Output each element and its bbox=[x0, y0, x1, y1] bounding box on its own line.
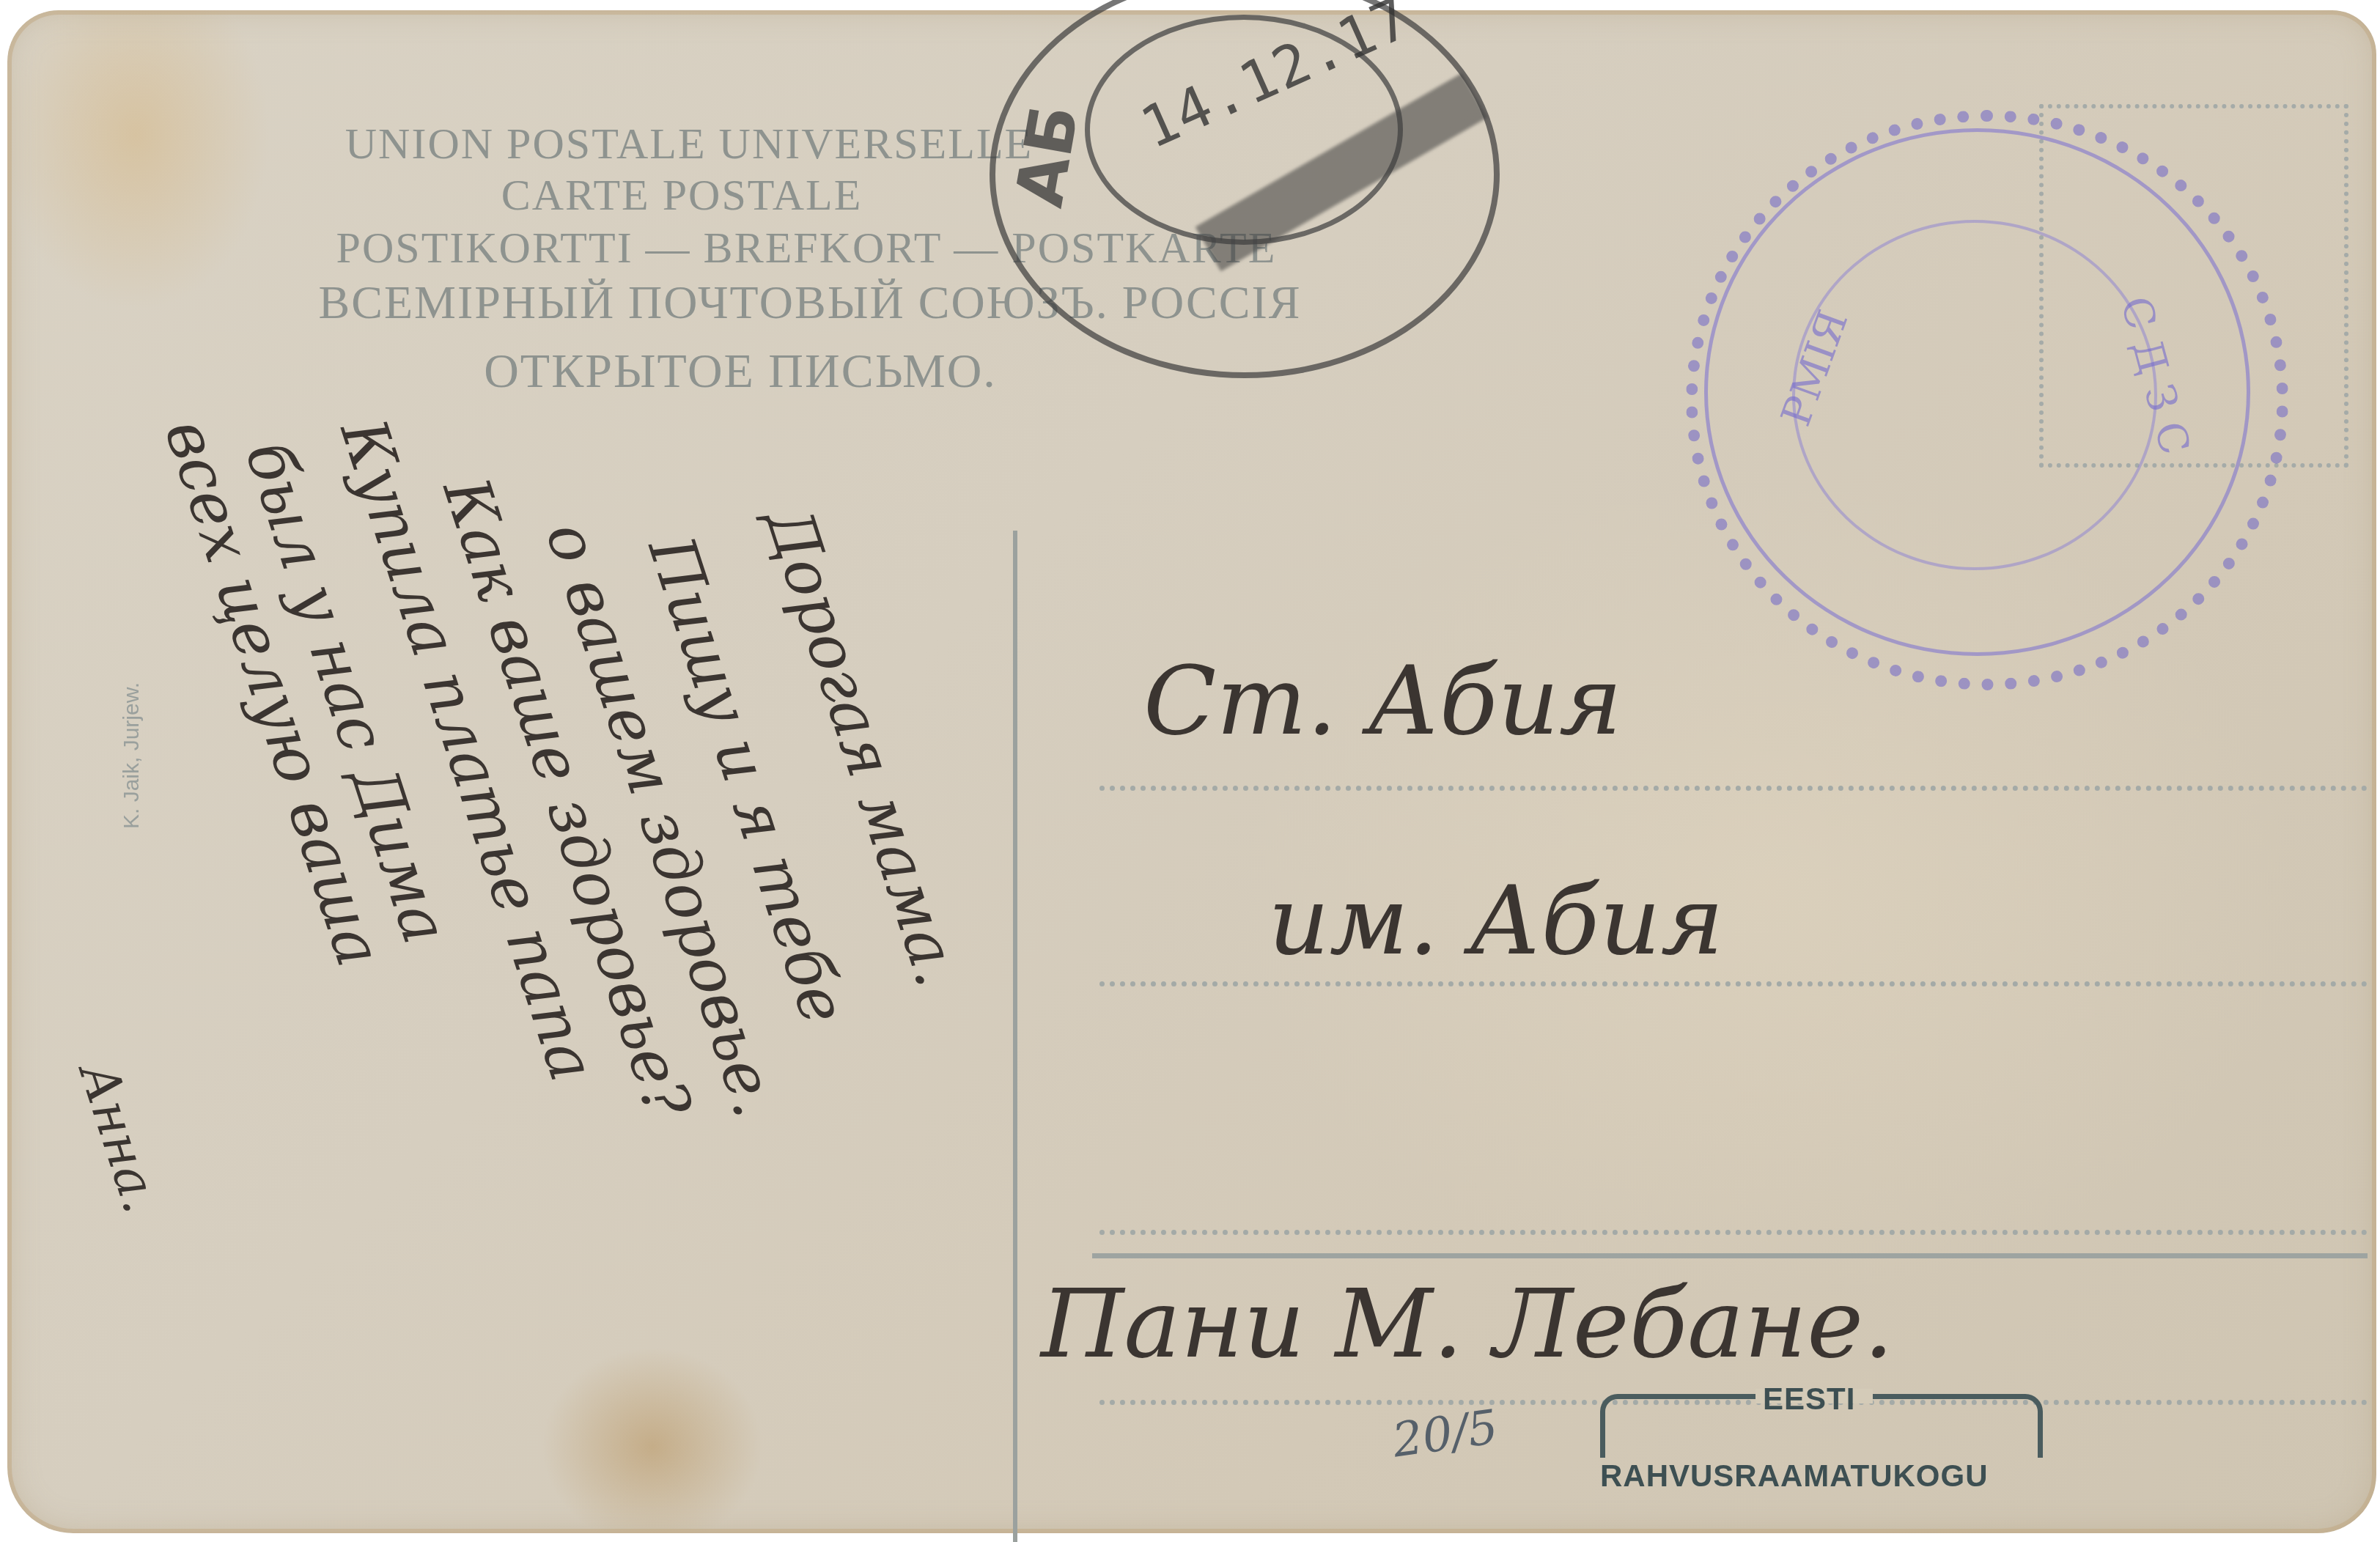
library-stamp-name: RAHVUSRAAMATUKOGU bbox=[1600, 1458, 1989, 1494]
address-line-1 bbox=[1099, 786, 2368, 791]
address-line-2 bbox=[1099, 981, 2368, 986]
address-recipient: Пани М. Лебане. bbox=[1041, 1268, 1893, 1379]
address-line-3 bbox=[1099, 1230, 2368, 1235]
header-open-letter: ОТКРЫТОЕ ПИСЬМО. bbox=[374, 344, 1107, 399]
address-rule bbox=[1092, 1253, 2368, 1258]
header-carte-postale: CARTE POSTALE bbox=[315, 170, 1048, 221]
violet-seal-inner-ring bbox=[1792, 220, 2157, 570]
library-stamp-eesti: EESTI bbox=[1763, 1381, 1855, 1417]
address-station: Ст. Абия bbox=[1143, 645, 1622, 756]
printer-mark: K. Jaik, Jurjew. bbox=[119, 682, 144, 829]
address-estate: им. Абия bbox=[1268, 865, 1724, 976]
vertical-divider bbox=[1013, 531, 1017, 1542]
